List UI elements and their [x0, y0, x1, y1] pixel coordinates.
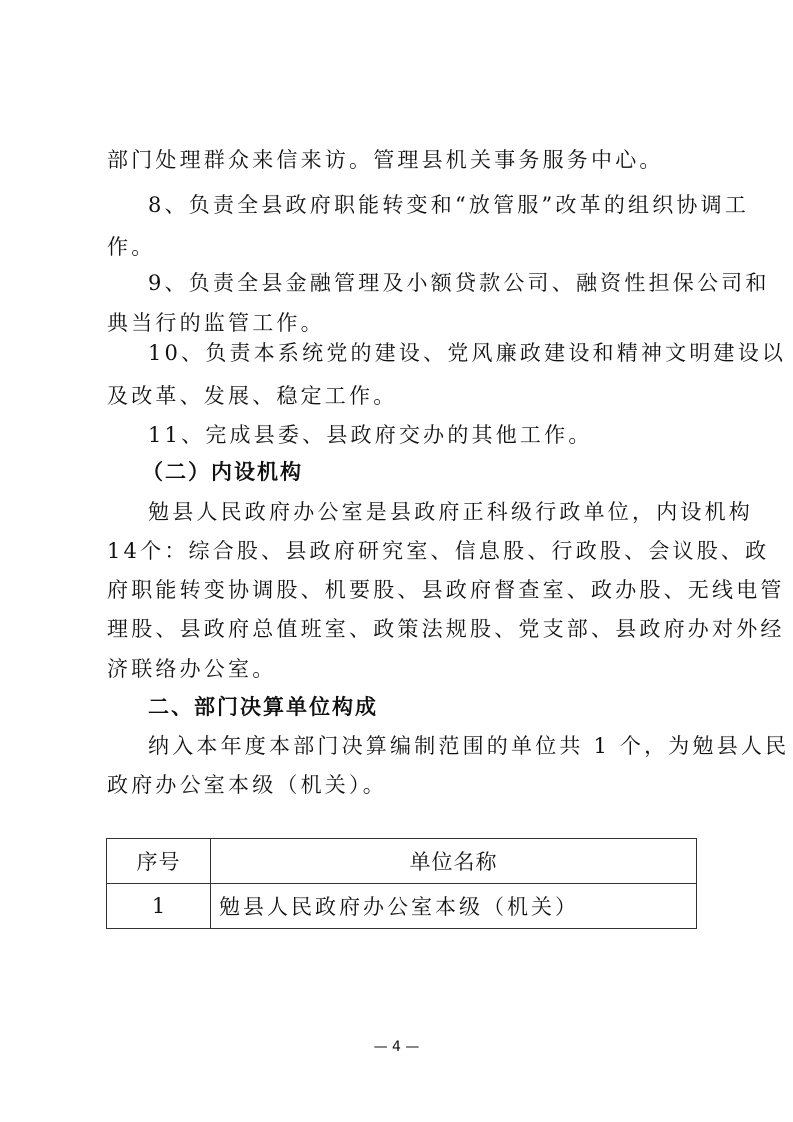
column-header-unit-name: 单位名称: [211, 839, 697, 884]
paragraph-line: 部门处理群众来信来访。管理县机关事务服务中心。: [107, 146, 664, 174]
paragraph-line: 纳入本年度本部门决算编制范围的单位共 1 个，为勉县人民: [148, 732, 789, 760]
document-page: 部门处理群众来信来访。管理县机关事务服务中心。 8、负责全县政府职能转变和“放管…: [0, 0, 793, 1122]
list-item-8: 8、负责全县政府职能转变和“放管服”改革的组织协调工: [148, 191, 749, 219]
paragraph-line: 勉县人民政府办公室是县政府正科级行政单位，内设机构: [148, 498, 753, 526]
paragraph-line: 及改革、发展、稳定工作。: [107, 382, 397, 410]
list-item-9: 9、负责全县金融管理及小额贷款公司、融资性担保公司和: [148, 269, 770, 297]
section-heading-internal: （二）内设机构: [142, 458, 303, 486]
page-number: — 4 —: [0, 1039, 793, 1055]
cell-index: 1: [107, 884, 211, 929]
column-header-index: 序号: [107, 839, 211, 884]
paragraph-line: 政府办公室本级（机关）。: [107, 771, 387, 799]
table-header-row: 序号 单位名称: [107, 839, 697, 884]
paragraph-line: 理股、县政府总值班室、政策法规股、党支部、县政府办对外经: [107, 615, 785, 643]
paragraph-line: 作。: [107, 233, 155, 261]
list-item-11: 11、完成县委、县政府交办的其他工作。: [148, 421, 593, 449]
paragraph-line: 14个：综合股、县政府研究室、信息股、行政股、会议股、政: [107, 537, 769, 565]
cell-unit-name: 勉县人民政府办公室本级（机关）: [211, 884, 697, 929]
section-heading-units: 二、部门决算单位构成: [148, 693, 378, 721]
paragraph-line: 济联络办公室。: [107, 655, 276, 683]
paragraph-line: 典当行的监管工作。: [107, 309, 325, 337]
units-table: 序号 单位名称 1 勉县人民政府办公室本级（机关）: [106, 838, 697, 929]
paragraph-line: 府职能转变协调股、机要股、县政府督查室、政办股、无线电管: [107, 576, 785, 604]
table-row: 1 勉县人民政府办公室本级（机关）: [107, 884, 697, 929]
list-item-10: 10、负责本系统党的建设、党风廉政建设和精神文明建设以: [148, 339, 786, 367]
